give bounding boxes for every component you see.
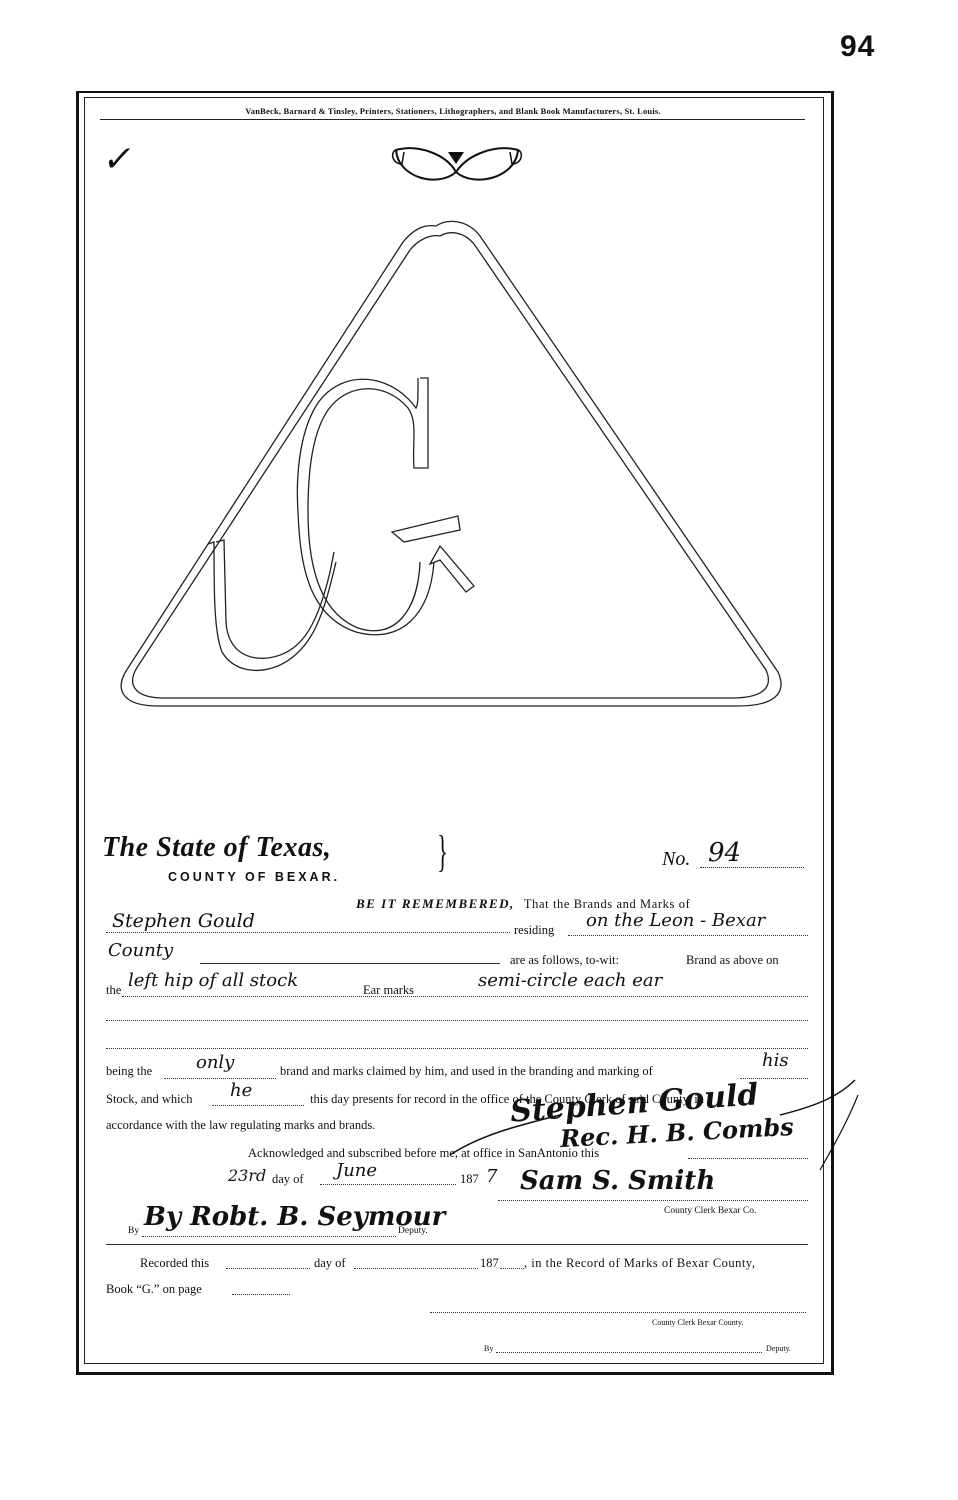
brand-location-line — [122, 996, 808, 997]
brand-location-value: left hip of all stock — [128, 970, 298, 991]
ack-year-suffix: 7 — [486, 1166, 497, 1187]
section-divider — [106, 1244, 808, 1245]
ack-month-value: June — [336, 1160, 377, 1181]
clerk-title: County Clerk Bexar Co. — [664, 1206, 756, 1216]
only-line — [164, 1078, 276, 1079]
recorded-clerk-title: County Clerk Bexar County. — [652, 1318, 743, 1327]
ack-year-prefix: 187 — [460, 1172, 479, 1187]
residence-continued: County — [108, 940, 173, 961]
acknowledged-text: Acknowledged and subscribed before me, a… — [248, 1146, 599, 1161]
brace: } — [437, 830, 448, 874]
by-label: By — [128, 1226, 139, 1236]
blank-line-1 — [106, 1020, 808, 1021]
recorded-by-label: By — [484, 1344, 493, 1353]
printer-imprint: VanBeck, Barnard & Tinsley, Printers, St… — [84, 106, 822, 116]
residence-cont-line — [200, 963, 500, 964]
residence-line — [568, 935, 808, 936]
record-number-label: No. — [662, 848, 690, 871]
owner-name: Stephen Gould — [112, 910, 255, 932]
clerk-signature-line — [498, 1200, 808, 1201]
accordance-text: accordance with the law regulating marks… — [106, 1118, 375, 1133]
recorded-deputy-label: Deputy. — [766, 1344, 791, 1353]
ear-marks-value: semi-circle each ear — [478, 970, 662, 991]
recorded-year-line — [500, 1268, 524, 1269]
being-the-label: being the — [106, 1064, 152, 1079]
residence-value: on the Leon - Bexar — [586, 910, 765, 931]
record-text: , in the Record of Marks of Bexar County… — [524, 1256, 755, 1271]
recorded-clerk-line — [430, 1312, 806, 1313]
document-title: The State of Texas, — [102, 832, 331, 864]
recorded-day-line — [226, 1268, 310, 1269]
ear-marks-icon — [388, 138, 528, 188]
record-number-line — [700, 867, 804, 868]
book-page-line — [232, 1294, 290, 1295]
recorded-by-line — [496, 1352, 762, 1353]
brand-as-above-text: Brand as above on — [686, 953, 779, 968]
he-value: he — [230, 1080, 252, 1101]
printer-rule — [100, 119, 805, 120]
his-value: his — [762, 1050, 789, 1071]
be-it-remembered: BE IT REMEMBERED, — [356, 896, 515, 911]
stock-which-label: Stock, and which — [106, 1092, 192, 1107]
owner-name-line — [106, 932, 510, 933]
book-page-label: Book “G.” on page — [106, 1282, 202, 1297]
the-label: the — [106, 983, 121, 998]
deputy-label: Deputy. — [398, 1226, 428, 1236]
recorded-year-prefix: 187 — [480, 1256, 499, 1271]
blank-line-2 — [106, 1048, 808, 1049]
intro-text: That the Brands and Marks of — [524, 897, 690, 911]
ack-day-value: 23rd — [228, 1166, 266, 1185]
county-label: COUNTY OF BEXAR. — [168, 870, 340, 884]
record-number-value: 94 — [708, 838, 741, 868]
deputy-signature-line — [142, 1236, 396, 1237]
follows-text: are as follows, to-wit: — [510, 953, 619, 968]
recorded-this-label: Recorded this — [140, 1256, 209, 1271]
acknowledged-line — [688, 1158, 808, 1159]
ack-month-line — [320, 1184, 456, 1185]
residing-label: residing — [514, 923, 554, 938]
brand-triangle-sg-icon — [118, 212, 798, 712]
recorded-month-line — [354, 1268, 478, 1269]
recorded-day-of-label: day of — [314, 1256, 346, 1271]
only-value: only — [196, 1052, 234, 1073]
page-number: 94 — [840, 30, 875, 64]
he-line — [212, 1105, 304, 1106]
clerk-signature: Sam S. Smith — [520, 1166, 715, 1196]
ack-day-of-label: day of — [272, 1172, 304, 1187]
